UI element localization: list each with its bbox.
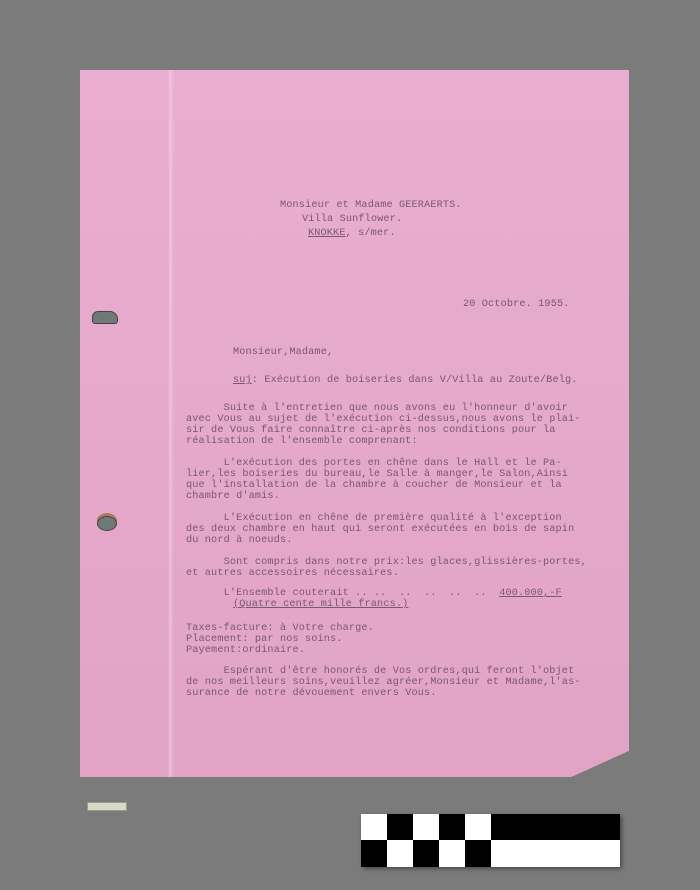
archive-label <box>87 802 127 811</box>
scale-cell <box>413 840 439 867</box>
scale-cell <box>439 814 465 840</box>
total-label: L'Ensemble couterait .. .. .. .. .. .. <box>186 588 499 599</box>
letter-date: 20 Octobre. 1955. <box>463 299 569 310</box>
total-line: L'Ensemble couterait .. .. .. .. .. .. 4… <box>186 588 562 599</box>
paragraph-2-line-4: chambre d'amis. <box>186 491 280 502</box>
letter-page: Monsieur et Madame GEERAERTS. Villa Sunf… <box>80 70 629 777</box>
paragraph-1-line-2: avec Vous au sujet de l'exécution ci-des… <box>186 414 581 425</box>
total-in-words: (Quatre cente mille francs.) <box>233 599 408 610</box>
salutation: Monsieur,Madame, <box>233 347 333 358</box>
paragraph-2-line-3: que l'installation de la chambre à couch… <box>186 480 562 491</box>
paragraph-4-line-1: Sont compris dans notre prix:les glaces,… <box>186 557 587 568</box>
term-tax: Taxes-facture: à Votre charge. <box>186 623 374 634</box>
closing-line-2: de nos meilleurs soins,veuillez agréer,M… <box>186 677 581 688</box>
recipient-town-suffix: , s/mer. <box>346 228 396 239</box>
subject-label: suj <box>233 375 252 386</box>
paragraph-2-line-1: L'exécution des portes en chêne dans le … <box>186 458 562 469</box>
recipient-town: KNOKKE, s/mer. <box>308 228 396 239</box>
color-scale-bar <box>361 814 620 867</box>
scale-cell <box>413 814 439 840</box>
scale-cell <box>465 840 491 867</box>
scale-cell <box>387 814 413 840</box>
recipient-name: Monsieur et Madame GEERAERTS. <box>280 200 462 211</box>
subject-line: suj: Exécution de boiseries dans V/Villa… <box>233 375 578 386</box>
paragraph-4-line-2: et autres accessoires nécessaires. <box>186 568 399 579</box>
scale-cell <box>439 840 465 867</box>
scale-cell <box>491 814 620 840</box>
term-payment: Payement:ordinaire. <box>186 645 305 656</box>
recipient-town-name: KNOKKE <box>308 228 346 239</box>
punch-hole-top <box>92 311 118 324</box>
subject-text: : Exécution de boiseries dans V/Villa au… <box>252 375 578 386</box>
scale-cell <box>491 840 620 867</box>
paragraph-1-line-1: Suite à l'entretien que nous avons eu l'… <box>186 403 568 414</box>
paragraph-1-line-4: réalisation de l'ensemble comprenant: <box>186 436 418 447</box>
paragraph-3-line-2: des deux chambre en haut qui seront exéc… <box>186 524 574 535</box>
closing-line-3: surance de notre dévouement envers Vous. <box>186 688 437 699</box>
paragraph-1-line-3: sir de Vous faire connaître ci-après nos… <box>186 425 556 436</box>
paragraph-2-line-2: lier,les boiseries du bureau,le Salle à … <box>186 469 568 480</box>
scale-cell <box>465 814 491 840</box>
recipient-villa: Villa Sunflower. <box>302 214 402 225</box>
scale-cell <box>387 840 413 867</box>
closing-line-1: Espérant d'être honorés de Vos ordres,qu… <box>186 666 574 677</box>
punch-hole-bottom <box>97 516 117 531</box>
term-placement: Placement: par nos soins. <box>186 634 343 645</box>
scale-cell <box>361 814 387 840</box>
paragraph-3-line-3: du nord à noeuds. <box>186 535 292 546</box>
scale-cell <box>361 840 387 867</box>
total-amount: 400.000,-F <box>499 588 562 599</box>
paragraph-3-line-1: L'Exécution en chêne de première qualité… <box>186 513 562 524</box>
